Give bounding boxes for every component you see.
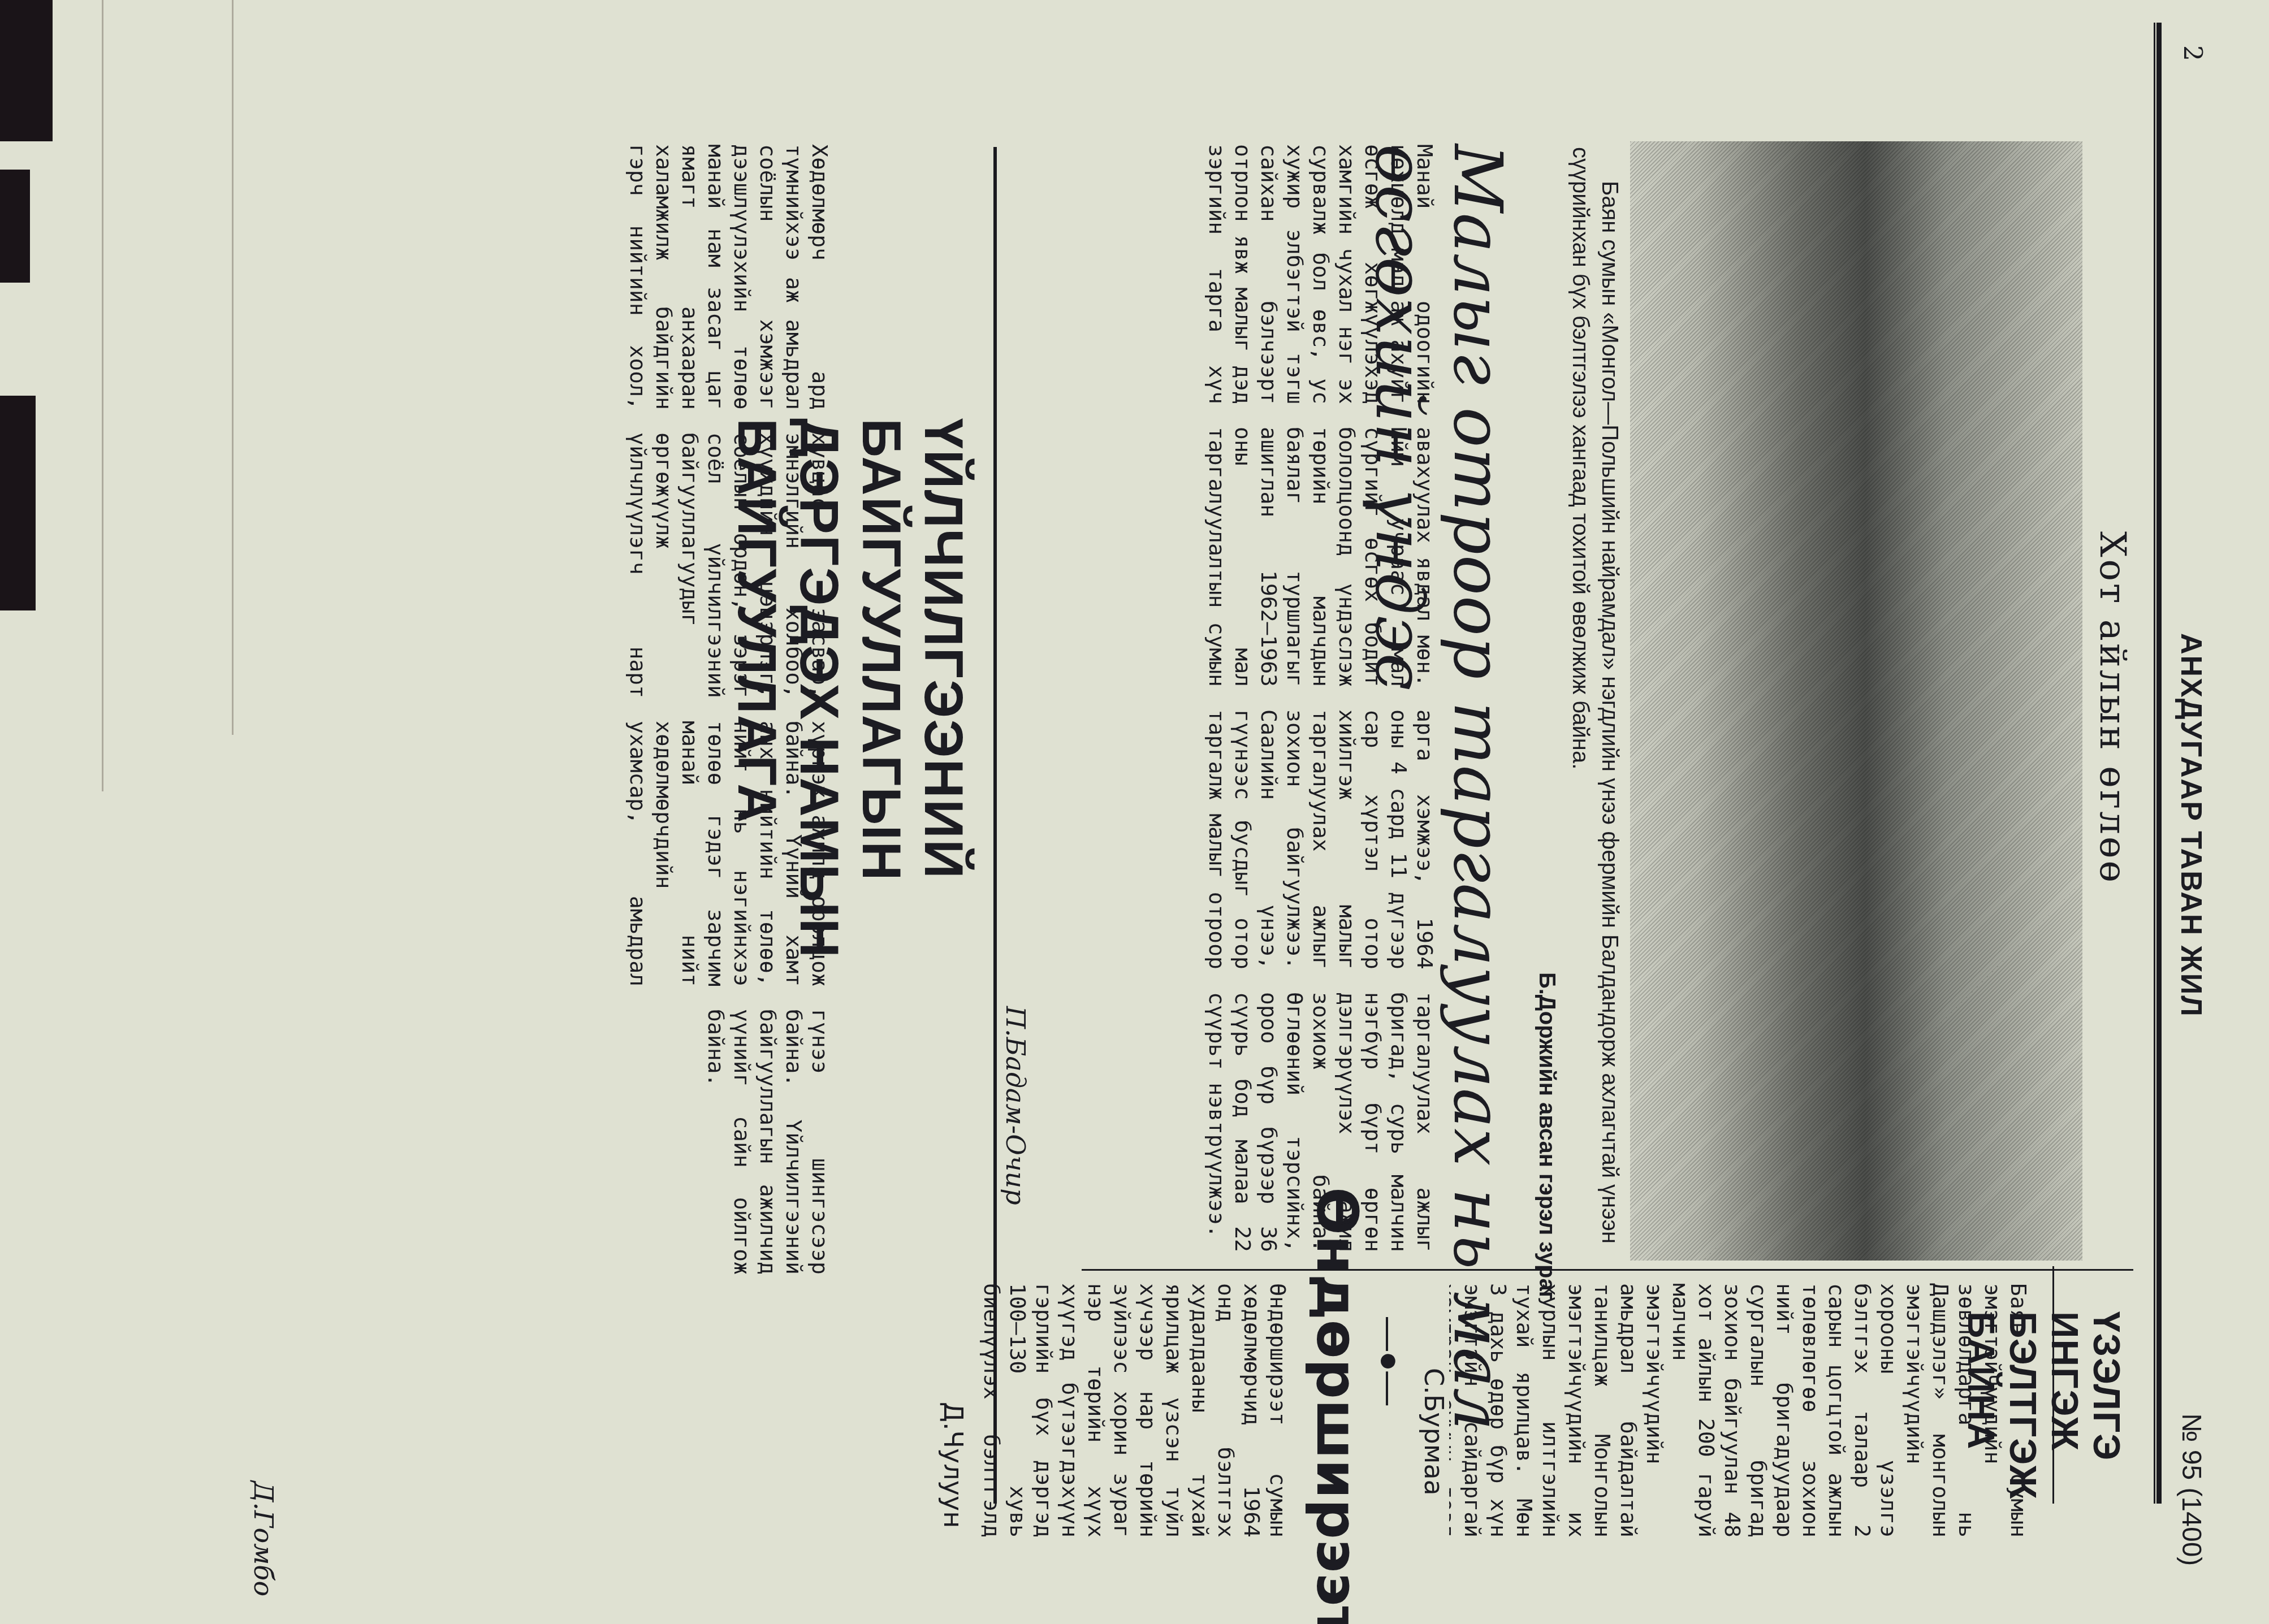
- caption-line-2: сүүрийнхан бүх бэлтгэлээ хангаад тохитой…: [1566, 147, 1595, 1255]
- headline-exhibition-line-1: ҮЗЭЛГЭ ИНГЭЖ: [2044, 1311, 2128, 1538]
- fold-crease: [102, 0, 103, 791]
- newspaper-page: 2 АНХДУГААР ТАВАН ЖИЛ № 95 (1400) Хот ай…: [0, 0, 2269, 1624]
- torn-edge: [0, 0, 53, 141]
- author-service: Д.Гомбо: [248, 1481, 279, 1596]
- author-ondorshireet: Д.Чулуун: [938, 1402, 969, 1528]
- caption-line-1: Баян сумын «Монгол—Польшийн найрамдал» н…: [1595, 147, 1624, 1255]
- column-rule: [1082, 1269, 2133, 1271]
- photo-livestock-barn: [1630, 141, 2082, 1261]
- masthead-rule: [2154, 23, 2162, 1504]
- section-rule: [993, 147, 997, 1504]
- headline-service-line-1: ҮЙЛЧИЛГЭЭНИЙ БАЙГУУЛЛАГЫН: [850, 418, 974, 1153]
- photo-caption: Баян сумын «Монгол—Польшийн найрамдал» н…: [1566, 147, 1624, 1255]
- article-body-service: Хөдөлмөрч ард түмнийхээ аж амьдрал соёлы…: [183, 144, 833, 1275]
- page-number: 2: [2178, 45, 2207, 61]
- torn-edge: [0, 170, 30, 283]
- photo-credit: Б.Доржийн авсан гэрэл зураг: [1534, 972, 1559, 1300]
- author-exhibition: С.Бурмаа: [1419, 1368, 1449, 1496]
- article-body-ondorshireet: Өндөрширээт сумын хөдөлмөрчид 1964 онд б…: [974, 1283, 1291, 1538]
- issue-number: № 95 (1400): [2176, 1413, 2207, 1566]
- author-livestock: П.Бадам-Очир: [1000, 1006, 1031, 1205]
- ornament-divider: —●—: [1371, 1317, 1410, 1405]
- section-rule: [2052, 1266, 2054, 1504]
- section-title: АНХДУГААР ТАВАН ЖИЛ: [2174, 633, 2208, 1017]
- newspaper-title: Хот айлын өглөө: [2091, 531, 2133, 885]
- torn-edge: [0, 396, 36, 610]
- article-body-exhibition: Баян сумын эмэгтэйчүүдийн зөвлөлдарга нь…: [1449, 1283, 2032, 1538]
- article-body-livestock: Манай одоогийн нөхцөлд мал аж ахуйг өсгө…: [1042, 144, 1438, 1252]
